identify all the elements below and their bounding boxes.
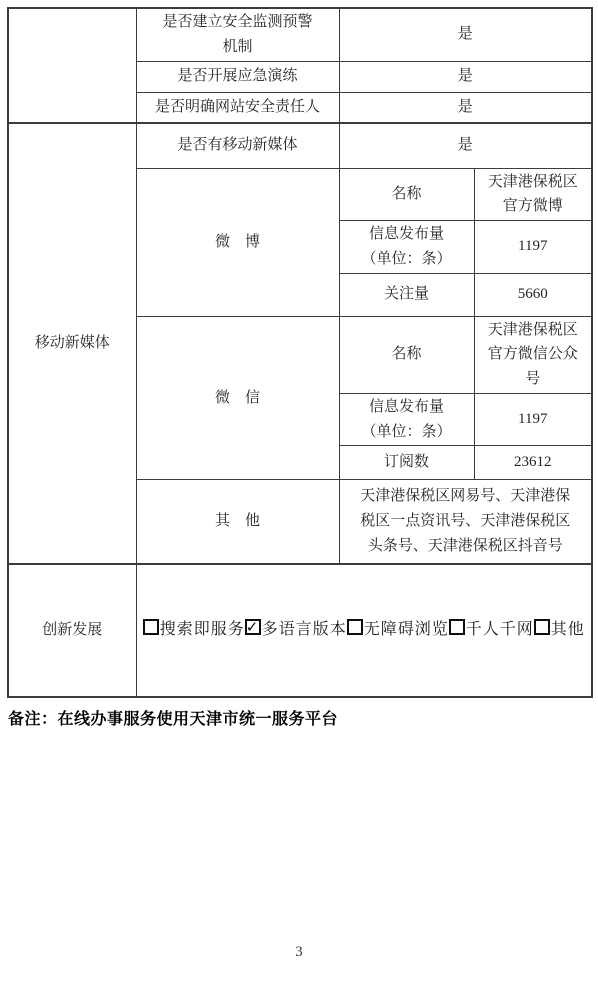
innovation-options: 搜索即服务多语言版本无障碍浏览千人千网其他 <box>141 617 588 643</box>
wechat-subscribers-key: 订阅数 <box>339 446 474 480</box>
security-answer-monitoring: 是 <box>339 8 592 61</box>
option-multilingual[interactable]: 多语言版本 <box>245 617 347 643</box>
weibo-followers-key: 关注量 <box>339 273 474 316</box>
wechat-posts-key: 信息发布量 （单位：条） <box>339 393 474 446</box>
table-row: 是否建立安全监测预警 机制 是 <box>8 8 592 61</box>
checkbox-label: 多语言版本 <box>262 621 347 638</box>
checkbox-label: 搜索即服务 <box>160 621 245 638</box>
checkbox-label: 其他 <box>551 621 585 638</box>
security-answer-drill: 是 <box>339 61 592 92</box>
document-page: 是否建立安全监测预警 机制 是 是否开展应急演练 是 是否明确网站安全责任人 是… <box>0 0 598 987</box>
security-answer-responsible-person: 是 <box>339 92 592 123</box>
checkbox-label: 无障碍浏览 <box>364 621 449 638</box>
mobile-media-question: 是否有移动新媒体 <box>136 123 339 168</box>
wechat-posts-value: 1197 <box>474 393 592 446</box>
checkbox-icon[interactable] <box>449 619 465 635</box>
checkbox-icon[interactable] <box>245 619 261 635</box>
option-search-as-service[interactable]: 搜索即服务 <box>143 617 245 643</box>
remark-note: 备注：在线办事服务使用天津市统一服务平台 <box>8 706 338 729</box>
other-media-label-cell: 其 他 <box>136 480 339 564</box>
weibo-name-value: 天津港保税区 官方微博 <box>474 168 592 221</box>
weibo-posts-key: 信息发布量 （单位：条） <box>339 221 474 274</box>
table-row: 移动新媒体 是否有移动新媒体 是 <box>8 123 592 168</box>
wechat-name-value: 天津港保税区 官方微信公众 号 <box>474 316 592 393</box>
wechat-subscribers-value: 23612 <box>474 446 592 480</box>
security-question-monitoring: 是否建立安全监测预警 机制 <box>136 8 339 61</box>
wechat-name-key: 名称 <box>339 316 474 393</box>
security-section-label-cell <box>8 8 136 123</box>
security-question-responsible-person: 是否明确网站安全责任人 <box>136 92 339 123</box>
checkbox-icon[interactable] <box>534 619 550 635</box>
mobile-media-section-label: 移动新媒体 <box>8 123 136 564</box>
wechat-label-cell: 微 信 <box>136 316 339 480</box>
innovation-options-cell: 搜索即服务多语言版本无障碍浏览千人千网其他 <box>136 564 592 697</box>
checkbox-icon[interactable] <box>143 619 159 635</box>
table-row: 创新发展 搜索即服务多语言版本无障碍浏览千人千网其他 <box>8 564 592 697</box>
weibo-followers-value: 5660 <box>474 273 592 316</box>
option-personalized[interactable]: 千人千网 <box>449 617 534 643</box>
page-number: 3 <box>0 944 598 961</box>
weibo-posts-value: 1197 <box>474 221 592 274</box>
checkbox-label: 千人千网 <box>466 621 534 638</box>
security-question-drill: 是否开展应急演练 <box>136 61 339 92</box>
weibo-name-key: 名称 <box>339 168 474 221</box>
mobile-media-answer: 是 <box>339 123 592 168</box>
option-accessibility[interactable]: 无障碍浏览 <box>347 617 449 643</box>
other-media-value-cell: 天津港保税区网易号、天津港保 税区一点资讯号、天津港保税区 头条号、天津港保税区… <box>339 480 592 564</box>
weibo-label-cell: 微 博 <box>136 168 339 316</box>
option-other[interactable]: 其他 <box>534 617 585 643</box>
report-table: 是否建立安全监测预警 机制 是 是否开展应急演练 是 是否明确网站安全责任人 是… <box>7 7 593 698</box>
checkbox-icon[interactable] <box>347 619 363 635</box>
innovation-section-label: 创新发展 <box>8 564 136 697</box>
